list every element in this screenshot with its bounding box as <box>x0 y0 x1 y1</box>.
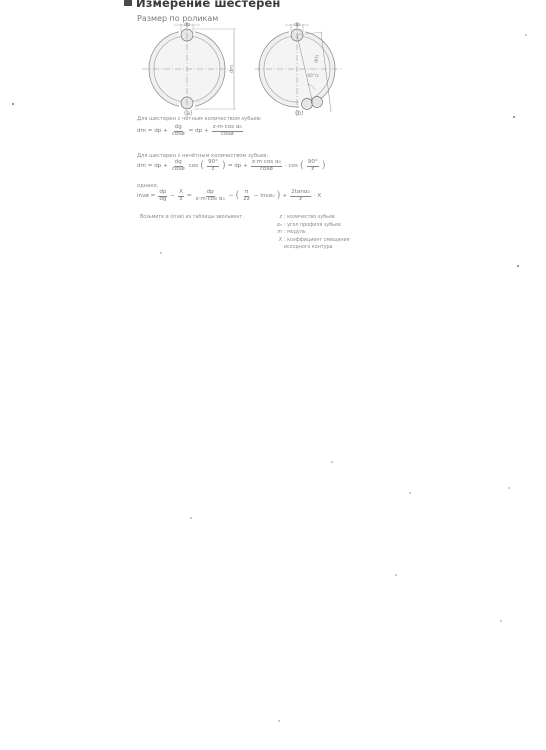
section-title: Измерение шестерен <box>124 0 280 10</box>
formula-mid: = dp + <box>228 163 248 169</box>
however-label: однако, <box>137 183 158 189</box>
fraction-denominator: z·m·cos α₀ <box>195 197 226 203</box>
legend-item: m: модуль <box>272 229 350 237</box>
fraction-90-z: 90°z <box>307 160 319 172</box>
legend-symbol: m <box>272 229 282 237</box>
fraction-denominator: cosø <box>171 167 186 173</box>
gear-even-diagram <box>140 22 240 118</box>
paren-left: ( <box>235 191 239 201</box>
paren-right: ) <box>277 191 281 201</box>
figure-b-angle-label: 90°/z <box>307 74 319 79</box>
paren-right: ) <box>322 161 326 171</box>
fraction-zm-cos: z·m·cos α₀cosø <box>251 160 282 172</box>
legend-item: z: количество зубьев <box>272 214 350 222</box>
scan-speck <box>12 103 14 105</box>
figure-b-dp-label: dp <box>294 22 300 28</box>
scan-speck <box>190 517 192 519</box>
bullet-square-icon <box>124 0 132 6</box>
formula-minus: − <box>170 193 175 199</box>
figure-a-dp-label: dp <box>184 22 190 28</box>
legend-item: X: коэффициент смещения <box>272 237 350 245</box>
scan-speck <box>525 34 527 36</box>
odd-teeth-heading: Для шестерен с нечётным количеством зубь… <box>137 153 268 159</box>
formula-equals: = <box>187 193 192 199</box>
legend-text: исходного контура <box>284 245 332 250</box>
formula-minus: − <box>229 193 234 199</box>
fraction-denominator: z <box>210 167 215 173</box>
formula-tail: · X <box>314 193 321 199</box>
scan-speck <box>160 252 162 254</box>
fraction-zm-cos: z·m·cos α₀cosø <box>212 125 243 137</box>
paren-left: ( <box>200 161 204 171</box>
fraction-dp-zmcos: dpz·m·cos α₀ <box>195 190 226 202</box>
invo-formula: invø = dpdg − Xz = dpz·m·cos α₀ − ( π2z … <box>137 190 321 202</box>
legend-symbol: z <box>272 214 282 222</box>
scan-speck <box>513 116 515 118</box>
scan-speck <box>331 461 333 463</box>
figure-a-dm-label: dm <box>229 65 235 73</box>
fraction-denominator: z <box>179 197 184 203</box>
odd-teeth-formula: dm = dp + dgcosø cos ( 90°z ) = dp + z·m… <box>137 160 326 172</box>
formula-plus: + <box>283 193 288 199</box>
formula-cos: · cos <box>285 163 298 169</box>
legend-text: : угол профиля зубьев <box>284 223 341 228</box>
fraction-2tan-z: 2tanα₀z <box>290 190 311 202</box>
figure-a-even-gear: dp dm (a) <box>140 22 240 118</box>
fraction-x-2: Xz <box>178 190 184 202</box>
symbol-legend: z: количество зубьев α₀: угол профиля зу… <box>272 214 350 252</box>
fraction-denominator: z <box>298 197 303 203</box>
fraction-denominator: 2z <box>242 197 251 203</box>
legend-item: исходного контура <box>272 244 350 252</box>
formula-lhs: dm = dp + <box>137 128 168 134</box>
fraction-denominator: dg <box>158 197 167 203</box>
figure-b-odd-gear: dp dm 90°/z (b) <box>255 22 355 118</box>
formula-lhs: invø = <box>137 193 155 199</box>
formula-mid: = dp + <box>189 128 209 134</box>
scan-speck <box>517 265 519 267</box>
involute-table-note: Возьмите ø (invø) из таблицы эвольвент. <box>140 215 244 220</box>
scan-speck <box>500 620 502 622</box>
fraction-90-z: 90°z <box>207 160 219 172</box>
formula-cos: cos <box>189 163 198 169</box>
formula-lhs: dm = dp + <box>137 163 168 169</box>
paren-right: ) <box>222 161 226 171</box>
fraction-denominator: cosø <box>220 132 235 138</box>
formula-inv: − invα₀ <box>254 193 275 199</box>
legend-text: : количество зубьев <box>284 215 335 220</box>
fraction-dp-dg: dpdg <box>158 190 167 202</box>
legend-text: : модуль <box>284 230 306 235</box>
legend-symbol: X <box>272 237 282 245</box>
even-teeth-heading: Для шестерен с чётным количеством зубьев… <box>137 116 262 122</box>
scan-speck <box>278 720 280 722</box>
section-title-text: Измерение шестерен <box>136 0 280 10</box>
figure-b-caption: (b) <box>295 110 304 117</box>
even-teeth-formula: dm = dp + dgcosø = dp + z·m·cos α₀cosø <box>137 125 244 137</box>
fraction-denominator: cosø <box>171 132 186 138</box>
legend-text: : коэффициент смещения <box>284 238 350 243</box>
fraction-dg-cos: dgcosø <box>171 125 186 137</box>
scan-speck <box>508 487 510 489</box>
fraction-denominator: cosø <box>259 167 274 173</box>
legend-item: α₀: угол профиля зубьев <box>272 222 350 230</box>
fraction-pi-2z: π2z <box>242 190 251 202</box>
scan-speck <box>395 574 397 576</box>
legend-symbol: α₀ <box>272 222 282 230</box>
fraction-dg-cos: dgcosø <box>171 160 186 172</box>
paren-left: ( <box>300 161 304 171</box>
fraction-denominator: z <box>310 167 315 173</box>
scan-speck <box>409 492 411 494</box>
gear-odd-diagram <box>255 22 355 118</box>
